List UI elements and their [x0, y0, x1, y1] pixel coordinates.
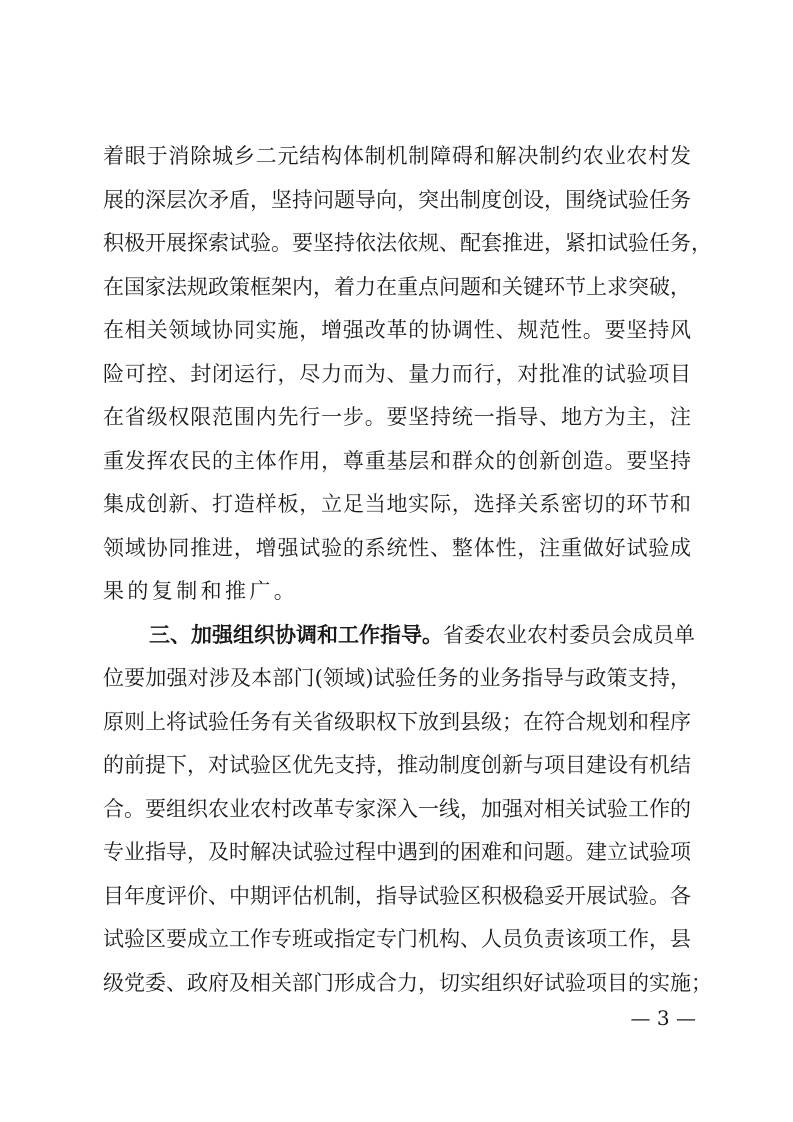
paragraph-1-line-1: 着眼于消除城乡二元结构体制机制障碍和解决制约农业农村发 [103, 143, 691, 169]
paragraph-1-line-2: 展的深层次矛盾，坚持问题导向，突出制度创设，围绕试验任务 [103, 187, 691, 213]
paragraph-2-line-7: 目年度评价、中期评估机制，指导试验区积极稳妥开展试验。各 [103, 883, 691, 909]
paragraph-1-line-3: 积极开展探索试验。要坚持依法依规、配套推进，紧扣试验任务， [103, 230, 691, 256]
section-heading: 三、加强组织协调和工作指导。 [149, 623, 443, 647]
document-page: 着眼于消除城乡二元结构体制机制障碍和解决制约农业农村发 展的深层次矛盾，坚持问题… [0, 0, 793, 1122]
paragraph-1-line-6: 险可控、封闭运行，尽力而为、量力而行，对批准的试验项目 [103, 361, 691, 387]
paragraph-1-line-9: 集成创新、打造样板，立足当地实际，选择关系密切的环节和 [103, 491, 691, 517]
paragraph-2-line-8: 试验区要成立工作专班或指定专门机构、人员负责该项工作，县 [103, 926, 691, 952]
paragraph-2-line-6: 专业指导，及时解决试验过程中遇到的困难和问题。建立试验项 [103, 839, 691, 865]
paragraph-1-line-11: 果的复制和推广。 [103, 578, 691, 604]
paragraph-1-line-7: 在省级权限范围内先行一步。要坚持统一指导、地方为主，注 [103, 404, 691, 430]
paragraph-2-line-9: 级党委、政府及相关部门形成合力，切实组织好试验项目的实施； [103, 970, 691, 996]
paragraph-1-line-10: 领域协同推进，增强试验的系统性、整体性，注重做好试验成 [103, 535, 691, 561]
section-heading-line: 三、加强组织协调和工作指导。省委农业农村委员会成员单 [149, 622, 691, 648]
paragraph-1-line-4: 在国家法规政策框架内，着力在重点问题和关键环节上求突破， [103, 274, 691, 300]
page-number: — 3 — [626, 1005, 696, 1031]
paragraph-2-line-4: 的前提下，对试验区优先支持，推动制度创新与项目建设有机结 [103, 752, 691, 778]
paragraph-2-line-5: 合。要组织农业农村改革专家深入一线，加强对相关试验工作的 [103, 796, 691, 822]
section-heading-rest: 省委农业农村委员会成员单 [443, 623, 695, 647]
paragraph-1-line-5: 在相关领域协同实施，增强改革的协调性、规范性。要坚持风 [103, 317, 691, 343]
paragraph-1-line-8: 重发挥农民的主体作用，尊重基层和群众的创新创造。要坚持 [103, 448, 691, 474]
paragraph-2-line-2: 位要加强对涉及本部门(领域)试验任务的业务指导与政策支持， [103, 665, 691, 691]
paragraph-2-line-3: 原则上将试验任务有关省级职权下放到县级；在符合规划和程序 [103, 709, 691, 735]
